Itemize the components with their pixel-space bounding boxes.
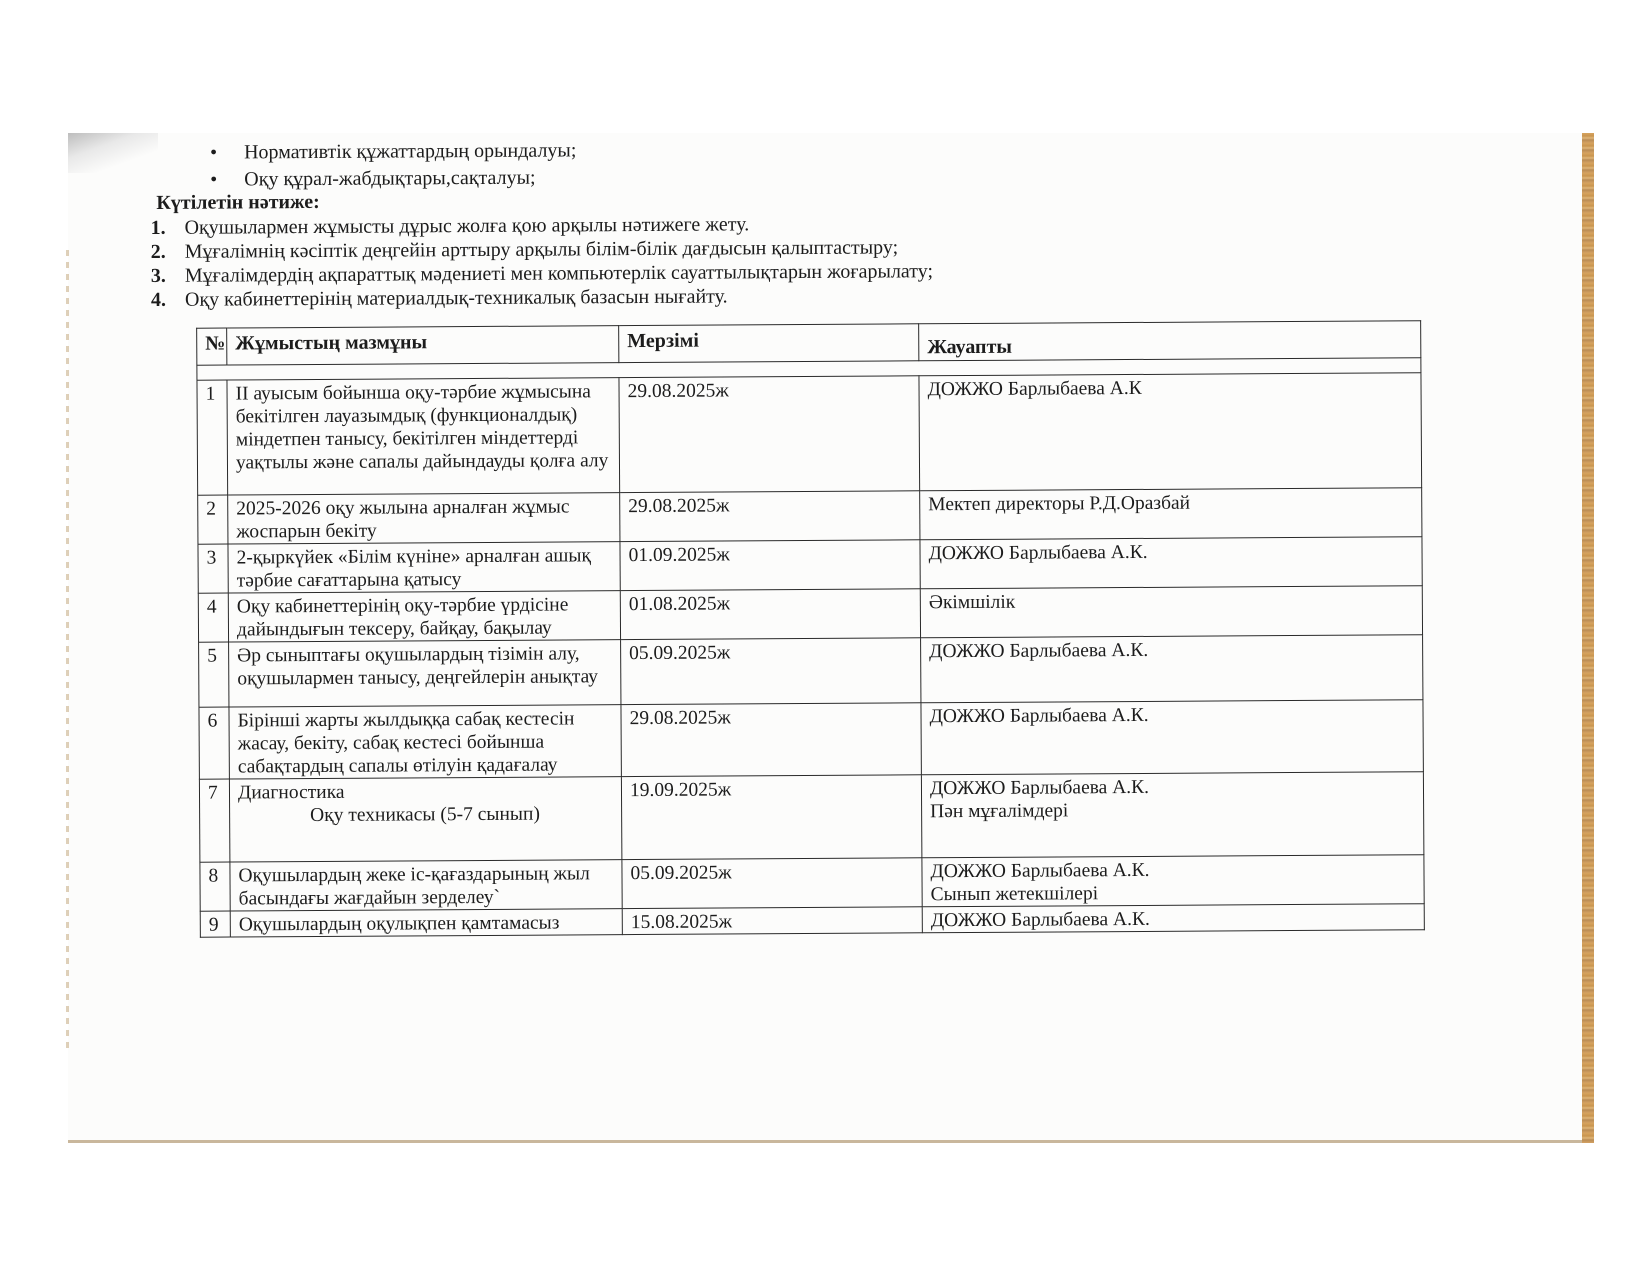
cell-date: 19.09.2025ж — [621, 775, 922, 860]
cell-responsible: ДОЖЖО Барлыбаева А.К. — [920, 537, 1422, 589]
responsible-secondary: Сынып жетекшілері — [931, 883, 1099, 905]
table-row: 3 2-қыркүйек «Білім күніне» арналған ашы… — [198, 537, 1422, 593]
cell-task: Әр сыныптағы оқушылардың тізімін алу, оқ… — [229, 640, 621, 707]
responsible-secondary: Пән мұғалімдері — [930, 800, 1068, 822]
cell-responsible: ДОЖЖО Барлыбаева А.К. — [921, 700, 1423, 775]
header-responsible: Жауапты — [919, 321, 1421, 361]
responsible-name: ДОЖЖО Барлыбаева А.К. — [929, 705, 1148, 727]
responsible-name: ДОЖЖО Барлыбаева А.К. — [931, 909, 1150, 931]
item-number: 3. — [151, 264, 185, 288]
task-subtitle: Оқу техникасы (5-7 сынып) — [238, 802, 613, 827]
cell-number: 9 — [200, 911, 230, 937]
cell-responsible: Әкімшілік — [920, 586, 1422, 638]
item-text: Оқушылармен жұмысты дұрыс жолға қою арқы… — [184, 212, 749, 239]
table-row: 2 2025-2026 оқу жылына арналған жұмыс жо… — [198, 488, 1422, 544]
cell-task: Оқушылардың оқулықпен қамтамасыз — [230, 909, 622, 937]
responsible-name: ДОЖЖО Барлыбаева А.К. — [930, 860, 1149, 882]
responsible-name: ДОЖЖО Барлыбаева А.К. — [930, 777, 1149, 799]
cell-task: Оқу кабинеттерінің оқу-тәрбие үрдісіне д… — [228, 591, 620, 642]
cell-task: 2-қыркүйек «Білім күніне» арналған ашық … — [228, 542, 620, 593]
cell-task: Бірінші жарты жылдыққа сабақ кестесін жа… — [229, 705, 621, 779]
bullet-list: Нормативтік құжаттардың орындалуы; Оқу қ… — [150, 132, 1480, 194]
cell-responsible: ДОЖЖО Барлыбаева А.К. — [921, 635, 1423, 703]
cell-number: 2 — [198, 495, 228, 544]
cell-number: 3 — [198, 544, 228, 593]
cell-date: 29.08.2025ж — [619, 376, 920, 493]
header-number: № — [197, 328, 227, 365]
table-row: 1 ІІ ауысым бойынша оқу-тәрбие жұмысына … — [197, 373, 1422, 495]
cell-responsible: Мектеп директоры Р.Д.Оразбай — [920, 488, 1422, 540]
cell-date: 15.08.2025ж — [622, 907, 922, 935]
responsible-name: Әкімшілік — [929, 592, 1016, 614]
responsible-name: ДОЖЖО Барлыбаева А.К. — [929, 640, 1148, 662]
table-row: 7 Диагностика Оқу техникасы (5-7 сынып) … — [199, 772, 1423, 862]
item-number: 4. — [151, 288, 185, 312]
table-row: 5 Әр сыныптағы оқушылардың тізімін алу, … — [199, 635, 1423, 707]
item-number: 2. — [151, 240, 185, 264]
cell-date: 01.08.2025ж — [620, 589, 920, 640]
document-content: Нормативтік құжаттардың орындалуы; Оқу қ… — [150, 132, 1485, 938]
item-text: Мұғалімдердің ақпараттық мәдениеті мен к… — [185, 259, 933, 288]
cell-number: 5 — [199, 642, 229, 707]
cell-date: 29.08.2025ж — [620, 491, 920, 542]
cell-task: ІІ ауысым бойынша оқу-тәрбие жұмысына бе… — [227, 378, 620, 495]
task-title: Диагностика — [238, 782, 345, 804]
responsible-name: Мектеп директоры Р.Д.Оразбай — [928, 493, 1190, 516]
cell-task: Оқушылардың жеке іс-қағаздарының жыл бас… — [230, 860, 622, 911]
cell-date: 05.09.2025ж — [621, 638, 921, 705]
scan-folded-corner — [68, 133, 158, 173]
cell-responsible: ДОЖЖО Барлыбаева А.К. Сынып жетекшілері — [922, 855, 1424, 907]
cell-number: 8 — [200, 862, 230, 911]
item-number: 1. — [150, 216, 184, 240]
cell-date: 29.08.2025ж — [621, 703, 921, 777]
cell-number: 4 — [198, 593, 228, 642]
cell-responsible: ДОЖЖО Барлыбаева А.К. Пән мұғалімдері — [921, 772, 1423, 858]
cell-number: 7 — [199, 779, 230, 862]
cell-number: 6 — [199, 707, 229, 779]
responsible-name: ДОЖЖО Барлыбаева А.К. — [928, 542, 1147, 564]
work-plan-table: № Жұмыстың мазмұны Мерзімі Жауапты 1 ІІ … — [196, 320, 1425, 937]
responsible-name: ДОЖЖО Барлыбаева А.К — [927, 378, 1141, 400]
scan-edge-right — [1582, 133, 1594, 1143]
expected-results-list: 1. Оқушылармен жұмысты дұрыс жолға қою а… — [150, 208, 1481, 312]
cell-number: 1 — [197, 380, 228, 495]
cell-task: Диагностика Оқу техникасы (5-7 сынып) — [229, 777, 621, 862]
table-row: 4 Оқу кабинеттерінің оқу-тәрбие үрдісіне… — [198, 586, 1422, 642]
cell-date: 01.09.2025ж — [620, 540, 920, 591]
table-row: 8 Оқушылардың жеке іс-қағаздарының жыл б… — [200, 855, 1424, 911]
cell-responsible: ДОЖЖО Барлыбаева А.К — [919, 373, 1422, 491]
header-task: Жұмыстың мазмұны — [227, 326, 619, 365]
header-date: Мерзімі — [619, 324, 919, 363]
cell-task: 2025-2026 оқу жылына арналған жұмыс жосп… — [228, 493, 620, 544]
cell-date: 05.09.2025ж — [622, 858, 922, 909]
scan-edge-left — [66, 250, 69, 1050]
cell-responsible: ДОЖЖО Барлыбаева А.К. — [922, 904, 1424, 933]
item-text: Оқу кабинеттерінің материалдық-техникалы… — [185, 284, 728, 311]
table-row: 6 Бірінші жарты жылдыққа сабақ кестесін … — [199, 700, 1423, 779]
